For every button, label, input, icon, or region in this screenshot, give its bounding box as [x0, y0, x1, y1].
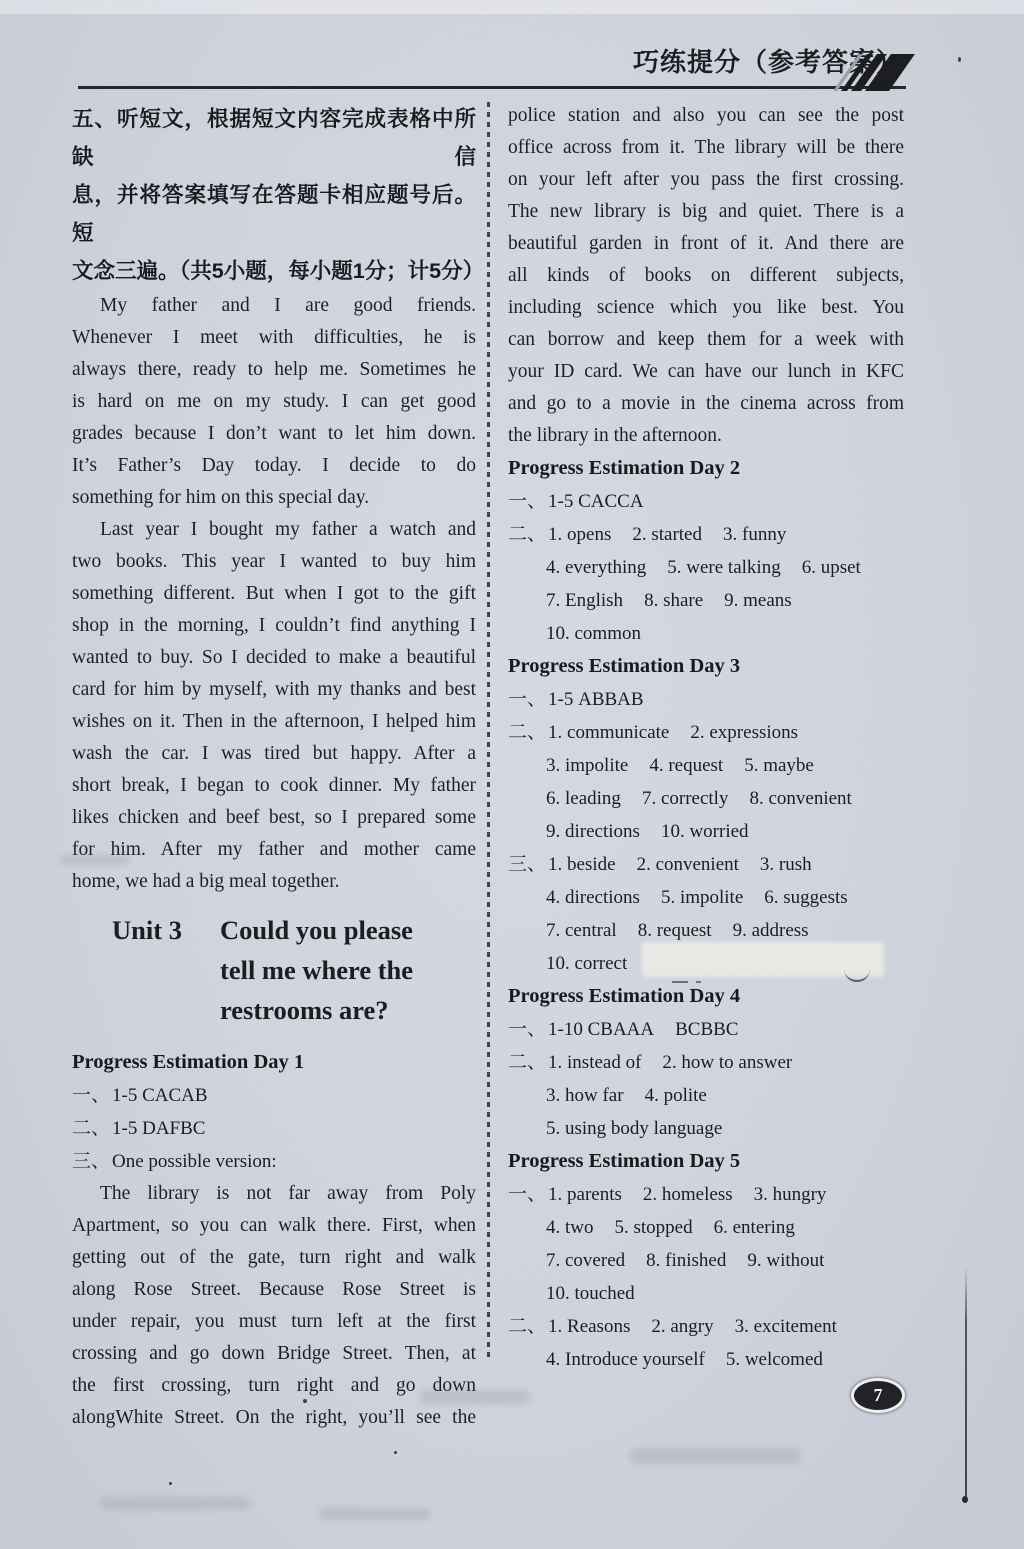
answer-line: 7. covered8. finished9. without: [508, 1244, 904, 1277]
text-line: under repair, you must turn left at the …: [72, 1306, 476, 1338]
answer-line: 二、1. opens2. started3. funny: [508, 518, 904, 551]
answer-item: 1. beside: [548, 854, 616, 875]
text-line: for him. After my father and mother came: [72, 834, 476, 866]
paragraph: police station and also you can see the …: [508, 100, 904, 452]
answer-line: 一、1-5 CACAB: [72, 1079, 476, 1112]
section-heading: Progress Estimation Day 2: [508, 452, 904, 485]
text-line: beautiful garden in front of it. And the…: [508, 228, 904, 260]
answer-item: 10. worried: [661, 821, 749, 842]
scanned-answer-page: 巧练提分（参考答案） 五、听短文，根据短文内容完成表格中所缺信息，并将答案填写在…: [0, 0, 1024, 1549]
answer-item: 8. finished: [646, 1250, 726, 1271]
answer-item: 3. impolite: [546, 755, 628, 776]
text-line: and go to a movie in the cinema across f…: [508, 388, 904, 420]
answer-item: 4. everything: [546, 557, 646, 578]
answer-item: 7. covered: [546, 1250, 625, 1271]
text-line: the first crossing, turn right and go do…: [72, 1370, 476, 1402]
text-line: short break, I began to cook dinner. My …: [72, 770, 476, 802]
text-line: The new library is big and quiet. There …: [508, 196, 904, 228]
text-line: including science which you like best. Y…: [508, 292, 904, 324]
text-line: home, we had a big meal together.: [72, 866, 476, 898]
answer-section-label: 三、: [508, 854, 546, 875]
answer-item: 5. impolite: [661, 887, 743, 908]
answer-line: 7. central8. request9. address: [508, 914, 904, 947]
text-line: on your left after you pass the first cr…: [508, 164, 904, 196]
text-line: office across from it. The library will …: [508, 132, 904, 164]
text-line: 文念三遍。（共5小题，每小题1分；计5分）: [72, 252, 476, 290]
text-line: wishes on it. Then in the afternoon, I h…: [72, 706, 476, 738]
bleed-through-smudge: [320, 1508, 430, 1520]
page-number-badge: 7: [851, 1378, 905, 1413]
section-heading: Progress Estimation Day 3: [508, 650, 904, 683]
answer-item: 2. how to answer: [662, 1052, 792, 1073]
scan-speck: [303, 1399, 307, 1403]
text-line: grades because I don’t want to let him d…: [72, 418, 476, 450]
answer-item: 3. funny: [723, 524, 786, 545]
paragraph: Last year I bought my father a watch and…: [72, 514, 476, 898]
answer-item: 3. excitement: [735, 1316, 837, 1337]
answer-line: 二、1-5 DAFBC: [72, 1112, 476, 1145]
answer-item: 2. started: [632, 524, 702, 545]
answer-item: 4. request: [649, 755, 723, 776]
scan-speck: [394, 1451, 397, 1454]
answer-item: 5. were talking: [667, 557, 780, 578]
answer-item: 1-5 CACCA: [548, 491, 644, 512]
text-line: wanted to buy. So I decided to make a be…: [72, 642, 476, 674]
answer-line: 二、1. instead of2. how to answer: [508, 1046, 904, 1079]
scan-crease-line: [965, 1266, 967, 1498]
text-line: alongWhite Street. On the right, you’ll …: [72, 1402, 476, 1434]
text-line: police station and also you can see the …: [508, 100, 904, 132]
answer-section-label: 一、: [508, 1019, 546, 1040]
answer-line: 4. everything5. were talking6. upset: [508, 551, 904, 584]
text-line: It’s Father’s Day today. I decide to do: [72, 450, 476, 482]
text-line: can borrow and keep them for a week with: [508, 324, 904, 356]
text-line: something for him on this special day.: [72, 482, 476, 514]
answer-item: BCBBC: [675, 1019, 738, 1040]
bleed-through-smudge: [60, 855, 130, 865]
paragraph: The library is not far away from PolyApa…: [72, 1178, 476, 1434]
section-heading: Progress Estimation Day 1: [72, 1046, 476, 1079]
answer-item: 5. stopped: [615, 1217, 693, 1238]
answer-item: One possible version:: [112, 1151, 277, 1172]
answer-item: 4. directions: [546, 887, 640, 908]
answer-section-label: 三、: [72, 1151, 110, 1172]
answer-line: 三、1. beside2. convenient3. rush: [508, 848, 904, 881]
text-line: shop in the morning, I couldn’t find any…: [72, 610, 476, 642]
answer-line: 3. how far4. polite: [508, 1079, 904, 1112]
answer-item: 1-5 ABBAB: [548, 689, 644, 710]
text-line: something different. But when I got to t…: [72, 578, 476, 610]
answer-item: 1. parents: [548, 1184, 622, 1205]
answer-line: 6. leading7. correctly8. convenient: [508, 782, 904, 815]
answer-item: 1. instead of: [548, 1052, 641, 1073]
answer-section-label: 二、: [72, 1118, 110, 1139]
text-line: all kinds of books on different subjects…: [508, 260, 904, 292]
unit-heading: Unit 3Could you pleasetell me where ther…: [72, 910, 476, 1030]
answer-line: 4. Introduce yourself5. welcomed: [508, 1343, 904, 1376]
answer-section-label: 二、: [508, 1316, 546, 1337]
answer-item: 4. two: [546, 1217, 594, 1238]
unit-title-line: tell me where the: [220, 950, 413, 990]
text-line: getting out of the gate, turn right and …: [72, 1242, 476, 1274]
text-line: Last year I bought my father a watch and: [72, 514, 476, 546]
answer-line: 10. common: [508, 617, 904, 650]
answer-item: 7. central: [546, 920, 617, 941]
text-line: Apartment, so you can walk there. First,…: [72, 1210, 476, 1242]
chinese-instruction: 五、听短文，根据短文内容完成表格中所缺信息，并将答案填写在答题卡相应题号后。短文…: [72, 100, 476, 290]
answer-section-label: 一、: [508, 491, 546, 512]
answer-line: 10. correct: [508, 947, 904, 980]
text-line: The library is not far away from Poly: [72, 1178, 476, 1210]
bleed-through-smudge: [630, 1448, 800, 1464]
answer-line: 4. two5. stopped6. entering: [508, 1211, 904, 1244]
answer-line: 二、1. Reasons2. angry3. excitement: [508, 1310, 904, 1343]
answer-item: 1. Reasons: [548, 1316, 630, 1337]
text-line: wash the car. I was tired but happy. Aft…: [72, 738, 476, 770]
bleed-through-smudge: [420, 1390, 530, 1404]
answer-line: 5. using body language: [508, 1112, 904, 1145]
answer-item: 8. convenient: [749, 788, 851, 809]
answer-line: 10. touched: [508, 1277, 904, 1310]
bleed-through-smudge: [100, 1497, 250, 1510]
paragraph: My father and I are good friends.Wheneve…: [72, 290, 476, 514]
answer-item: 5. using body language: [546, 1118, 722, 1139]
text-line: your ID card. We can have our lunch in K…: [508, 356, 904, 388]
text-line: likes chicken and beef best, so I prepar…: [72, 802, 476, 834]
text-line: 五、听短文，根据短文内容完成表格中所缺信: [72, 100, 476, 176]
scan-speck: [169, 1482, 172, 1485]
answer-item: 6. entering: [714, 1217, 795, 1238]
answer-item: 6. upset: [802, 557, 861, 578]
answer-item: 6. suggests: [764, 887, 847, 908]
text-line: is hard on me on my study. I can get goo…: [72, 386, 476, 418]
text-line: Whenever I meet with difficulties, he is: [72, 322, 476, 354]
answer-item: 9. directions: [546, 821, 640, 842]
answer-section-label: 一、: [72, 1085, 110, 1106]
answer-line: 4. directions5. impolite6. suggests: [508, 881, 904, 914]
answer-line: 一、1-10 CBAAABCBBC: [508, 1013, 904, 1046]
unit-number: Unit 3: [112, 910, 220, 1030]
answer-item: 10. touched: [546, 1283, 635, 1304]
answer-item: 3. rush: [760, 854, 812, 875]
left-column: 五、听短文，根据短文内容完成表格中所缺信息，并将答案填写在答题卡相应题号后。短文…: [72, 100, 476, 1434]
pen-mark: [696, 981, 701, 983]
answer-item: 4. polite: [645, 1085, 707, 1106]
right-column: police station and also you can see the …: [508, 100, 904, 1376]
unit-title-line: Could you please: [220, 910, 413, 950]
answer-item: 7. English: [546, 590, 623, 611]
answer-item: 2. convenient: [637, 854, 739, 875]
answer-line: 9. directions10. worried: [508, 815, 904, 848]
section-heading: Progress Estimation Day 5: [508, 1145, 904, 1178]
answer-item: 3. how far: [546, 1085, 624, 1106]
answer-item: 6. leading: [546, 788, 621, 809]
answer-section-label: 一、: [508, 1184, 546, 1205]
answer-item: 9. address: [733, 920, 809, 941]
answer-item: 9. means: [724, 590, 792, 611]
text-line: along Rose Street. Because Rose Street i…: [72, 1274, 476, 1306]
answer-line: 3. impolite4. request5. maybe: [508, 749, 904, 782]
pen-mark: [672, 981, 688, 983]
text-line: My father and I are good friends.: [72, 290, 476, 322]
answer-item: 1-5 CACAB: [112, 1085, 208, 1106]
column-divider: [487, 102, 490, 1362]
text-line: the library in the afternoon.: [508, 420, 904, 452]
answer-item: 1-5 DAFBC: [112, 1118, 205, 1139]
answer-item: 7. correctly: [642, 788, 729, 809]
answer-item: 8. share: [644, 590, 703, 611]
answer-item: 3. hungry: [754, 1184, 827, 1205]
answer-item: 5. welcomed: [726, 1349, 823, 1370]
answer-section-label: 二、: [508, 524, 546, 545]
answer-item: 1. opens: [548, 524, 611, 545]
answer-item: 10. correct: [546, 953, 627, 974]
answer-item: 2. expressions: [690, 722, 798, 743]
answer-section-label: 二、: [508, 1052, 546, 1073]
text-line: crossing and go down Bridge Street. Then…: [72, 1338, 476, 1370]
answer-line: 一、1-5 ABBAB: [508, 683, 904, 716]
page-number: 7: [874, 1385, 883, 1406]
text-line: card for him by myself, with my thanks a…: [72, 674, 476, 706]
text-line: 息，并将答案填写在答题卡相应题号后。短: [72, 176, 476, 252]
section-heading: Progress Estimation Day 4: [508, 980, 904, 1013]
answer-item: 2. homeless: [643, 1184, 733, 1205]
answer-line: 三、One possible version:: [72, 1145, 476, 1178]
answer-item: 5. maybe: [744, 755, 814, 776]
answer-item: 9. without: [747, 1250, 824, 1271]
answer-item: 2. angry: [651, 1316, 713, 1337]
answer-section-label: 二、: [508, 722, 546, 743]
unit-title: Could you pleasetell me where therestroo…: [220, 910, 413, 1030]
whiteout-correction-patch: [644, 944, 882, 975]
header-rule: [78, 86, 906, 89]
answer-item: 10. common: [546, 623, 641, 644]
answer-item: 1. communicate: [548, 722, 669, 743]
answer-line: 一、1-5 CACCA: [508, 485, 904, 518]
answer-line: 一、1. parents2. homeless3. hungry: [508, 1178, 904, 1211]
text-line: always there, ready to help me. Sometime…: [72, 354, 476, 386]
answer-item: 1-10 CBAAA: [548, 1019, 654, 1040]
scan-crease-dot: [962, 1496, 968, 1503]
page-top-edge: [0, 0, 1024, 14]
answer-item: 4. Introduce yourself: [546, 1349, 705, 1370]
answer-item: 8. request: [638, 920, 712, 941]
answer-line: 7. English8. share9. means: [508, 584, 904, 617]
text-line: two books. This year I wanted to buy him: [72, 546, 476, 578]
unit-title-line: restrooms are?: [220, 990, 413, 1030]
answer-section-label: 一、: [508, 689, 546, 710]
answer-line: 二、1. communicate2. expressions: [508, 716, 904, 749]
scan-speck: [958, 57, 961, 62]
